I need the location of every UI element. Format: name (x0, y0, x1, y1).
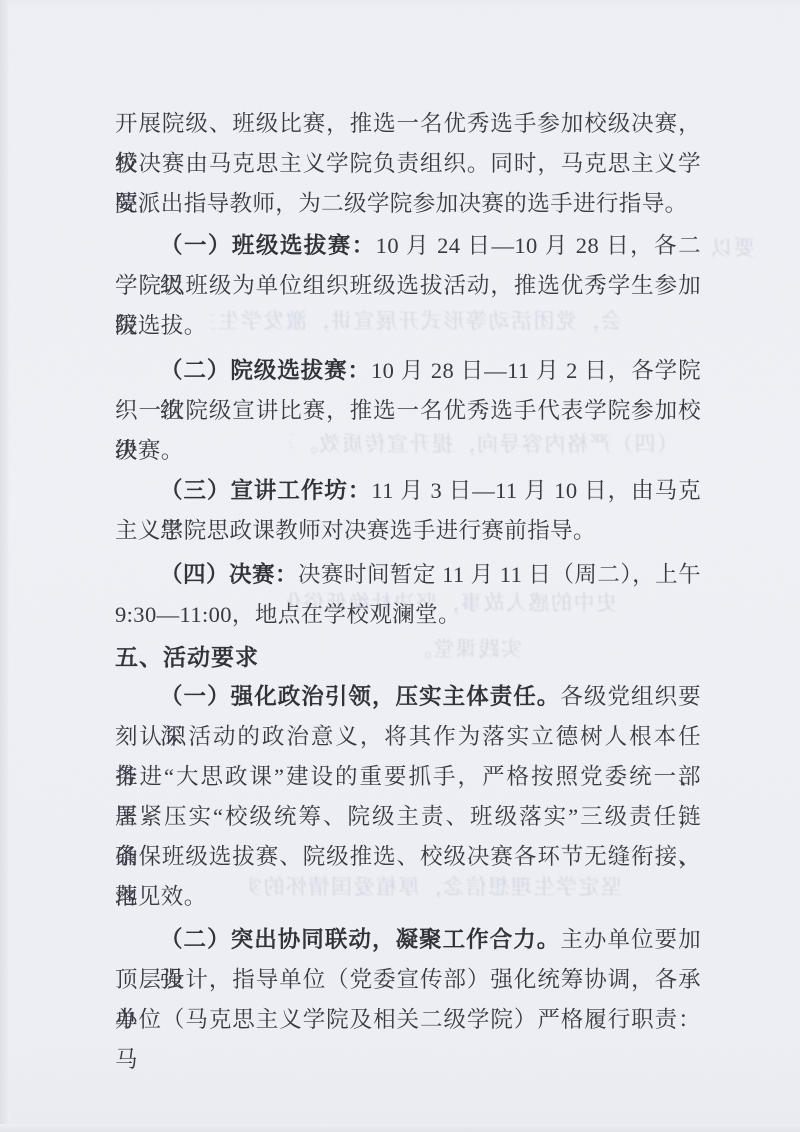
doc-line: 要派出指导教师，为二级学院参加决赛的选手进行指导。 (115, 184, 701, 224)
doc-line: 9:30—11:00，地点在学校观澜堂。 (115, 595, 701, 635)
doc-line: 织一次院级宣讲比赛，推选一名优秀选手代表学院参加校级 (115, 391, 701, 431)
doc-line: 开展院级、班级比赛，推选一名优秀选手参加校级决赛，校 (115, 104, 701, 144)
scan-edge-bottom (0, 1124, 800, 1132)
scan-edge-top (0, 0, 800, 6)
doc-line: （一）强化政治引领，压实主体责任。各级党组织要深 (115, 677, 701, 717)
scan-edge-left (0, 0, 9, 1132)
doc-line: 顶层设计，指导单位（党委宣传部）强化统筹协调，各承办 (115, 960, 701, 1000)
doc-line: 压紧压实“校级统筹、院级主责、班级落实”三级责任链条， (115, 797, 701, 837)
scanned-document-page: 会，党团活动等形式开展宣讲，激发学生主动参与选拔 （四）严格内容导向，提升宣传质… (0, 0, 800, 1132)
doc-line: 学院以班级为单位组织班级选拔活动，推选优秀学生参加院 (115, 266, 701, 306)
doc-line: 单位（马克思主义学院及相关二级学院）严格履行职责：马 (115, 1000, 701, 1040)
doc-line: 级选拔。 (115, 306, 701, 346)
doc-line: 决赛。 (115, 431, 701, 471)
bleedthrough-text: 要以 (700, 235, 755, 261)
doc-line: 推进“大思政课”建设的重要抓手，严格按照党委统一部署， (115, 757, 701, 797)
doc-line: 地见效。 (115, 877, 701, 917)
doc-line: 确保班级选拔赛、院级推选、校级决赛各环节无缝衔接、落 (115, 837, 701, 877)
document-body: 开展院级、班级比赛，推选一名优秀选手参加校级决赛，校 级决赛由马克思主义学院负责… (115, 104, 701, 1040)
doc-line: 主义学院思政课教师对决赛选手进行赛前指导。 (115, 511, 701, 551)
doc-line: （一）班级选拔赛：10 月 24 日—10 月 28 日，各二级 (115, 226, 701, 266)
doc-line: （二）突出协同联动，凝聚工作合力。主办单位要加强 (115, 920, 701, 960)
doc-line: （二）院级选拔赛：10 月 28 日—11 月 2 日，各学院组 (115, 351, 701, 391)
doc-line: （四）决赛：决赛时间暂定 11 月 11 日（周二），上午 (115, 555, 701, 595)
doc-line: （三）宣讲工作坊：11 月 3 日—11 月 10 日，由马克思 (115, 471, 701, 511)
doc-line: 刻认识活动的政治意义，将其作为落实立德树人根本任务、 (115, 717, 701, 757)
section-heading: 五、活动要求 (115, 637, 701, 677)
doc-line: 级决赛由马克思主义学院负责组织。同时，马克思主义学院 (115, 144, 701, 184)
